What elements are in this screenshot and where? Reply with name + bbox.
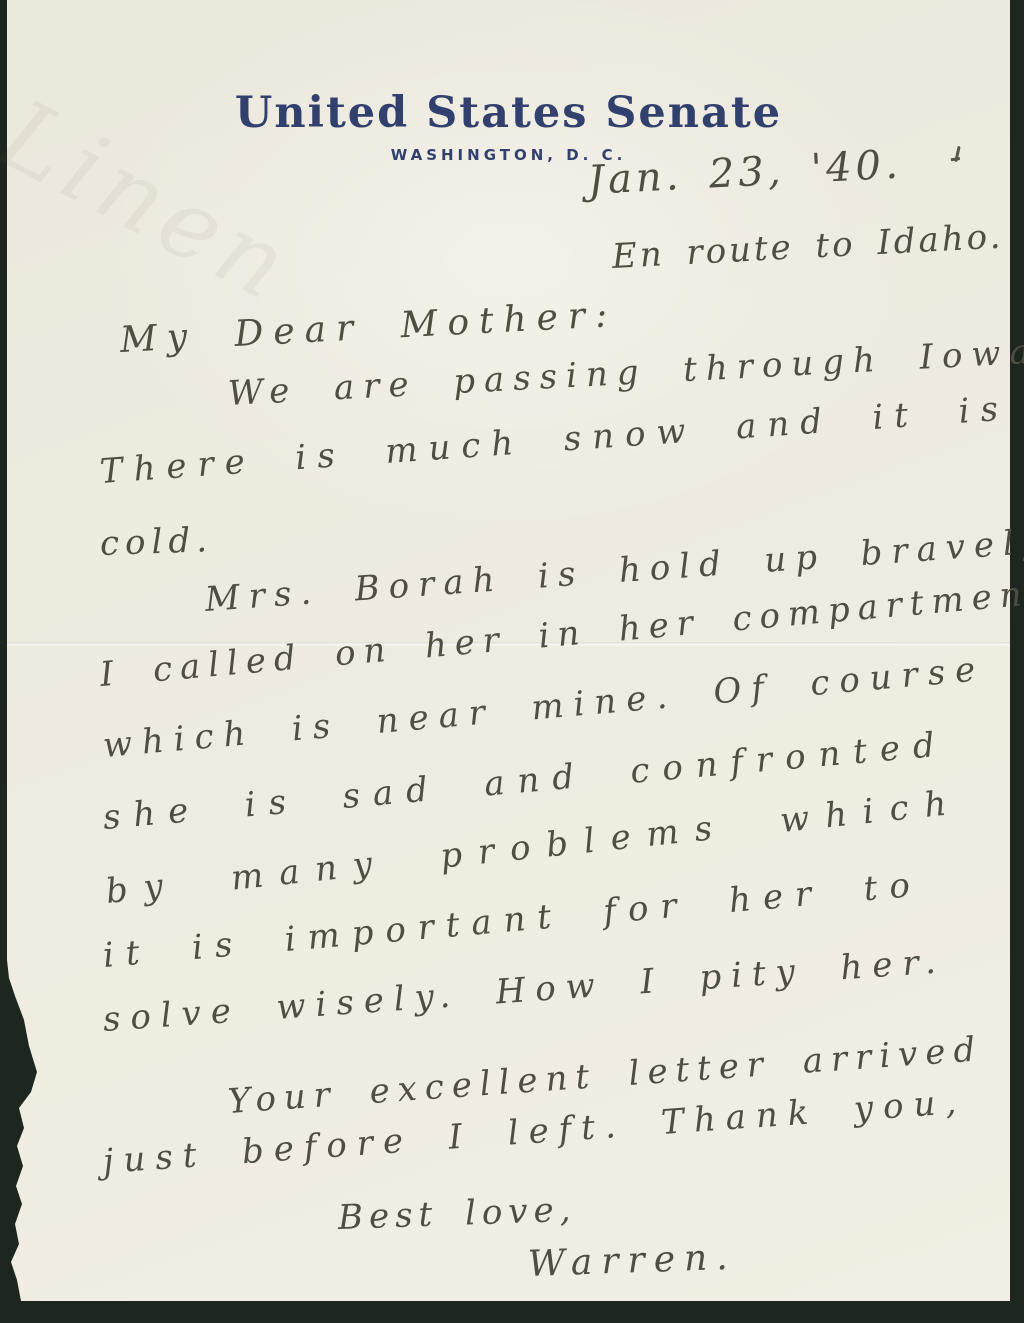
scanned-letter-page: Linen United States Senate WASHINGTON, D…: [0, 0, 1024, 1323]
body-line: cold.: [99, 520, 213, 564]
signature: Warren.: [527, 1237, 737, 1285]
letterhead-title: United States Senate: [7, 88, 1010, 138]
closing: Best love,: [337, 1190, 577, 1238]
